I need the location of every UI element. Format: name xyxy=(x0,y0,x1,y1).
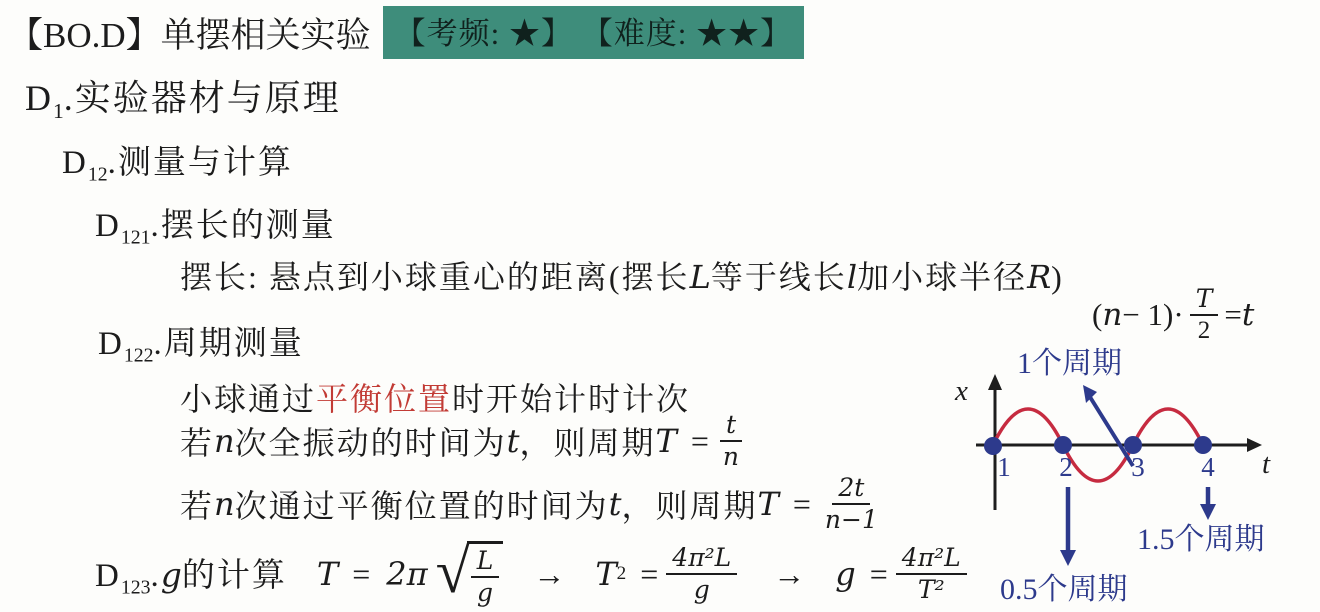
section-d12: D12.测量与计算 xyxy=(62,136,293,187)
tick-2: 2 xyxy=(1059,452,1073,482)
full-vibration-period-line: 若n次全振动的时间为t，则周期T= t n xyxy=(180,410,751,472)
math-var-T: T xyxy=(595,555,616,593)
math-var-L: L xyxy=(690,258,711,296)
math-var-n: n xyxy=(214,485,235,523)
period-squared-formula: T2 = 4π²L g xyxy=(595,544,743,604)
section-prefix: D xyxy=(98,326,124,362)
text-run: ，则周期 xyxy=(520,418,656,464)
section-prefix: D xyxy=(62,145,88,181)
t-axis-label: t xyxy=(1262,448,1271,480)
math-var-n: n xyxy=(214,422,235,460)
section-prefix: D xyxy=(25,78,53,118)
pendulum-length-definition: 摆长: 悬点到小球重心的距离(摆长L等于线长l加小球半径R) xyxy=(180,252,1064,298)
fraction-4pi2L-over-g: 4π²L g xyxy=(666,544,737,604)
fraction-L-over-g: L g xyxy=(471,547,500,607)
fraction-numerator: 2t xyxy=(832,474,870,505)
section-index: 12 xyxy=(88,164,108,186)
tick-4: 4 xyxy=(1201,452,1215,482)
math-var-T: T xyxy=(317,555,338,593)
pass-balance-period-line: 若n次通过平衡位置的时间为t，则周期T= 2t n−1 xyxy=(180,468,890,540)
section-index: 1 xyxy=(53,99,64,123)
text-run: = xyxy=(1224,297,1241,333)
text-run: 若 xyxy=(180,481,214,527)
section-label: .测量与计算 xyxy=(108,145,293,181)
section-label: .周期测量 xyxy=(154,326,304,362)
math-var-t: t xyxy=(1242,297,1254,333)
math-var-n: n xyxy=(1102,297,1122,333)
equals-sign: = xyxy=(352,556,372,593)
diagram-labels: 1个周期 0.5个周期 1.5个周期 1 2 3 4 xyxy=(997,347,1264,606)
section-label: .实验器材与原理 xyxy=(64,78,341,118)
text-run: 次全振动的时间为 xyxy=(235,418,507,464)
fraction-2t-over-n-minus-1: 2t n−1 xyxy=(819,474,884,534)
text-run: 等于线长 xyxy=(711,259,847,295)
fraction-denominator: g xyxy=(471,578,499,607)
math-var-t: t xyxy=(609,485,622,523)
math-var-R: R xyxy=(1027,258,1051,296)
page-title: 【BO.D】单摆相关实验 xyxy=(8,8,371,58)
half-period-count-formula: (n − 1)· T 2 = t xyxy=(1092,288,1254,342)
implies-arrow: → xyxy=(533,556,565,593)
fraction-numerator: T xyxy=(1190,285,1219,316)
implies-arrow: → xyxy=(773,556,805,593)
fraction-numerator: t xyxy=(720,411,742,442)
fraction-numerator: 4π²L xyxy=(666,544,737,575)
one-period-label: 1个周期 xyxy=(1017,347,1122,380)
section-index: 121 xyxy=(121,227,151,249)
text-run: ，则周期 xyxy=(622,481,758,527)
fraction-t-over-n: t n xyxy=(717,411,745,471)
square-root: √ L g xyxy=(436,541,504,607)
text-run: ) xyxy=(1051,259,1064,295)
tick-1: 1 xyxy=(997,452,1011,482)
section-prefix: D xyxy=(95,208,121,244)
math-var-g: g xyxy=(161,555,182,594)
fraction-denominator: n−1 xyxy=(819,505,884,534)
half-period-label: 0.5个周期 xyxy=(1000,573,1128,606)
exam-tags-highlight: 【考频: ★】 【难度: ★★】 xyxy=(383,6,804,59)
section-prefix: D xyxy=(95,558,121,594)
period-counting-diagram: 1个周期 0.5个周期 1.5个周期 1 2 3 4 x t xyxy=(930,340,1320,612)
coefficient-2pi: 2π xyxy=(386,555,427,593)
tick-3: 3 xyxy=(1131,452,1145,482)
g-calculation-line: D123.g的计算 T = 2π √ L g → T2 = xyxy=(95,540,973,608)
title-row: 【BO.D】单摆相关实验 【考频: ★】 【难度: ★★】 xyxy=(8,6,804,59)
math-var-l: l xyxy=(847,258,857,296)
section-label: .摆长的测量 xyxy=(151,208,336,244)
math-var-g: g xyxy=(835,555,855,593)
text-run: 若 xyxy=(180,418,214,464)
text-run: − 1)· xyxy=(1122,297,1183,333)
fraction-numerator: L xyxy=(471,547,500,578)
radical-sign: √ xyxy=(436,546,472,599)
section-index: 122 xyxy=(124,345,154,367)
text-run: . xyxy=(151,558,161,594)
math-var-T: T xyxy=(758,485,779,523)
axis-arrowheads xyxy=(988,374,1262,452)
section-d121: D121.摆长的测量 xyxy=(95,199,336,250)
radical-body: L g xyxy=(467,541,504,607)
exponent: 2 xyxy=(617,563,627,585)
fraction-T-over-2: T 2 xyxy=(1190,285,1219,345)
section-label: 的计算 xyxy=(182,558,287,594)
period-formula: T = 2π √ L g xyxy=(317,541,503,607)
equals-sign: = xyxy=(870,556,890,593)
text-run: 摆长: 悬点到小球重心的距离(摆长 xyxy=(180,259,690,295)
text-run: 加小球半径 xyxy=(857,259,1027,295)
section-d1: D1.实验器材与原理 xyxy=(25,70,341,124)
equals-sign: = xyxy=(691,423,711,460)
equals-sign: = xyxy=(640,556,660,593)
fraction-denominator: n xyxy=(717,442,745,471)
equals-sign: = xyxy=(793,486,813,523)
math-var-T: T xyxy=(656,422,677,460)
section-d122: D122.周期测量 xyxy=(98,317,304,368)
text-run: ( xyxy=(1092,297,1102,333)
math-var-t: t xyxy=(507,422,520,460)
document-page: 【BO.D】单摆相关实验 【考频: ★】 【难度: ★★】 D1.实验器材与原理… xyxy=(0,0,1320,612)
one-and-half-period-label: 1.5个周期 xyxy=(1137,523,1265,556)
fraction-denominator: g xyxy=(688,575,716,604)
section-index: 123 xyxy=(121,576,151,598)
x-axis-label: x xyxy=(954,375,968,407)
section-d123: D123.g的计算 xyxy=(95,549,287,600)
text-run: 次通过平衡位置的时间为 xyxy=(235,481,609,527)
